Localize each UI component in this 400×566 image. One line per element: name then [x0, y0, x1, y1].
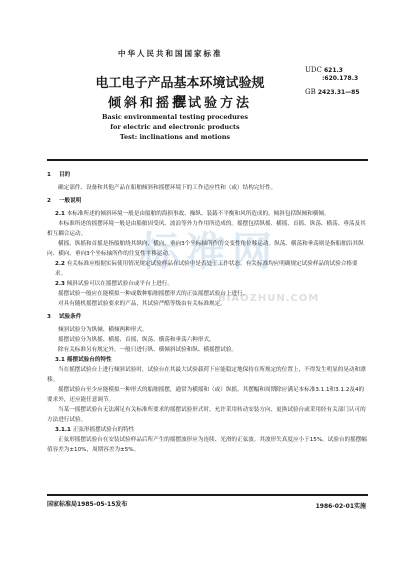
title-en-line-1: Basic environmental testing procedures — [90, 112, 260, 122]
issue-date: 国家标准局1985-05-15发布 — [47, 499, 127, 508]
clause-3-1-1-heading: 3.1.1 正弦形摇摆试验台的特性 — [47, 425, 368, 435]
section-3-paragraph-3: 除有关标准另有规定外，一般只进行纵、横倾斜试验和纵、横摇摆试验。 — [47, 345, 368, 355]
effective-date: 1986-02-01实施 — [316, 501, 366, 510]
title-cn-line-2: 倾斜和摇摆试验方法 — [95, 92, 265, 111]
section-3-paragraph-4: 当在摇摆试验台上进行倾斜试验时，试验台在其最大试验载荷下应能稳定地保持在所规定的… — [47, 365, 368, 385]
clause-2-1: 2.1 本标准所述的倾斜环境一般是由船舶的海损事故、操纵、装载不平衡和风所造成的… — [47, 209, 368, 219]
section-3-paragraph-6: 当某一摇摆试验台无法满足有关标准所要求的摇摆试验形式时，允许采用转动安装方向、更… — [47, 405, 368, 425]
footer-divider — [47, 494, 368, 496]
section-2-paragraph-4: 摇摆试验一般应在能模拟一种或数种船舶摇摆形式的正弦摇摆试验台上进行。 — [47, 289, 368, 299]
section-3-paragraph-7: 正弦形摇摆试验台在安装试验样品后所产生的摇摆波形应为连续、光滑的正弦波。其波形失… — [47, 435, 368, 455]
gb-number: 2423.31—85 — [318, 89, 360, 96]
section-3-paragraph-2: 摇摆试验分为纵摇、横摇、首摇、纵荡、横荡和垂荡六种形式。 — [47, 335, 368, 345]
title-en-line-2: for electric and electronic products — [90, 122, 260, 132]
udc-code-2: :620.178.3 — [322, 75, 358, 82]
section-2-paragraph-5: 对具有随机摇摆试验要求的产品，其试验严酷等级由有关标准规定。 — [47, 299, 368, 309]
section-1-paragraph: 确定部件、设备和其他产品在船舶倾斜和摇摆环境下的工作适应性和（或）结构完好性。 — [47, 183, 368, 193]
title-en-line-3: Test: inclinations and motions — [90, 132, 260, 142]
section-1-heading: 1 目的 — [47, 170, 368, 180]
document-page: 中华人民共和国国家标准 UDC 621.3 :620.178.3 GB 2423… — [0, 0, 400, 566]
gb-standard-number: GB 2423.31—85 — [305, 88, 360, 96]
section-3-paragraph-5: 摇摆试验台至少应能模拟一种形式的船舶摇摆，通常为横摇和（或）纵摇。其摆幅和周期除… — [47, 385, 368, 405]
title-english: Basic environmental testing procedures f… — [90, 112, 260, 142]
national-standard-heading: 中华人民共和国国家标准 — [118, 48, 223, 59]
section-2-paragraph-3: 横摇、纵摇和首摇是指船舶绕其纵向、横向、垂向3个坐标轴所作的交变性角位移运动。纵… — [47, 239, 368, 259]
udc-label: UDC — [305, 66, 322, 74]
section-3-heading: 3 试验条件 — [47, 312, 368, 322]
gb-label: GB — [305, 88, 316, 96]
udc-classification: UDC 621.3 :620.178.3 — [305, 66, 358, 83]
section-2-heading: 2 一般说明 — [47, 196, 368, 206]
section-3-paragraph-1: 倾斜试验分为纵倾、横倾两种形式。 — [47, 325, 368, 335]
header-divider — [47, 159, 368, 161]
clause-2-3: 2.3 倾斜试验可以在摇摆试验台或平台上进行。 — [47, 279, 368, 289]
section-2-paragraph-2: 本标准所述的摇摆环境一般是由船舶因受风、波浪等外力作用所造成的。摇摆包括纵摇、横… — [47, 219, 368, 239]
clause-2-2: 2.2 有关标准应根据实际使用情况规定试验样品在试验中是否处于工作状态。有关标准… — [47, 259, 368, 279]
clause-3-1-heading: 3.1 摇摆试验台的特性 — [47, 355, 368, 365]
udc-code-1: 621.3 — [324, 67, 343, 74]
document-body: 1 目的 确定部件、设备和其他产品在船舶倾斜和摇摆环境下的工作适应性和（或）结构… — [47, 170, 368, 455]
